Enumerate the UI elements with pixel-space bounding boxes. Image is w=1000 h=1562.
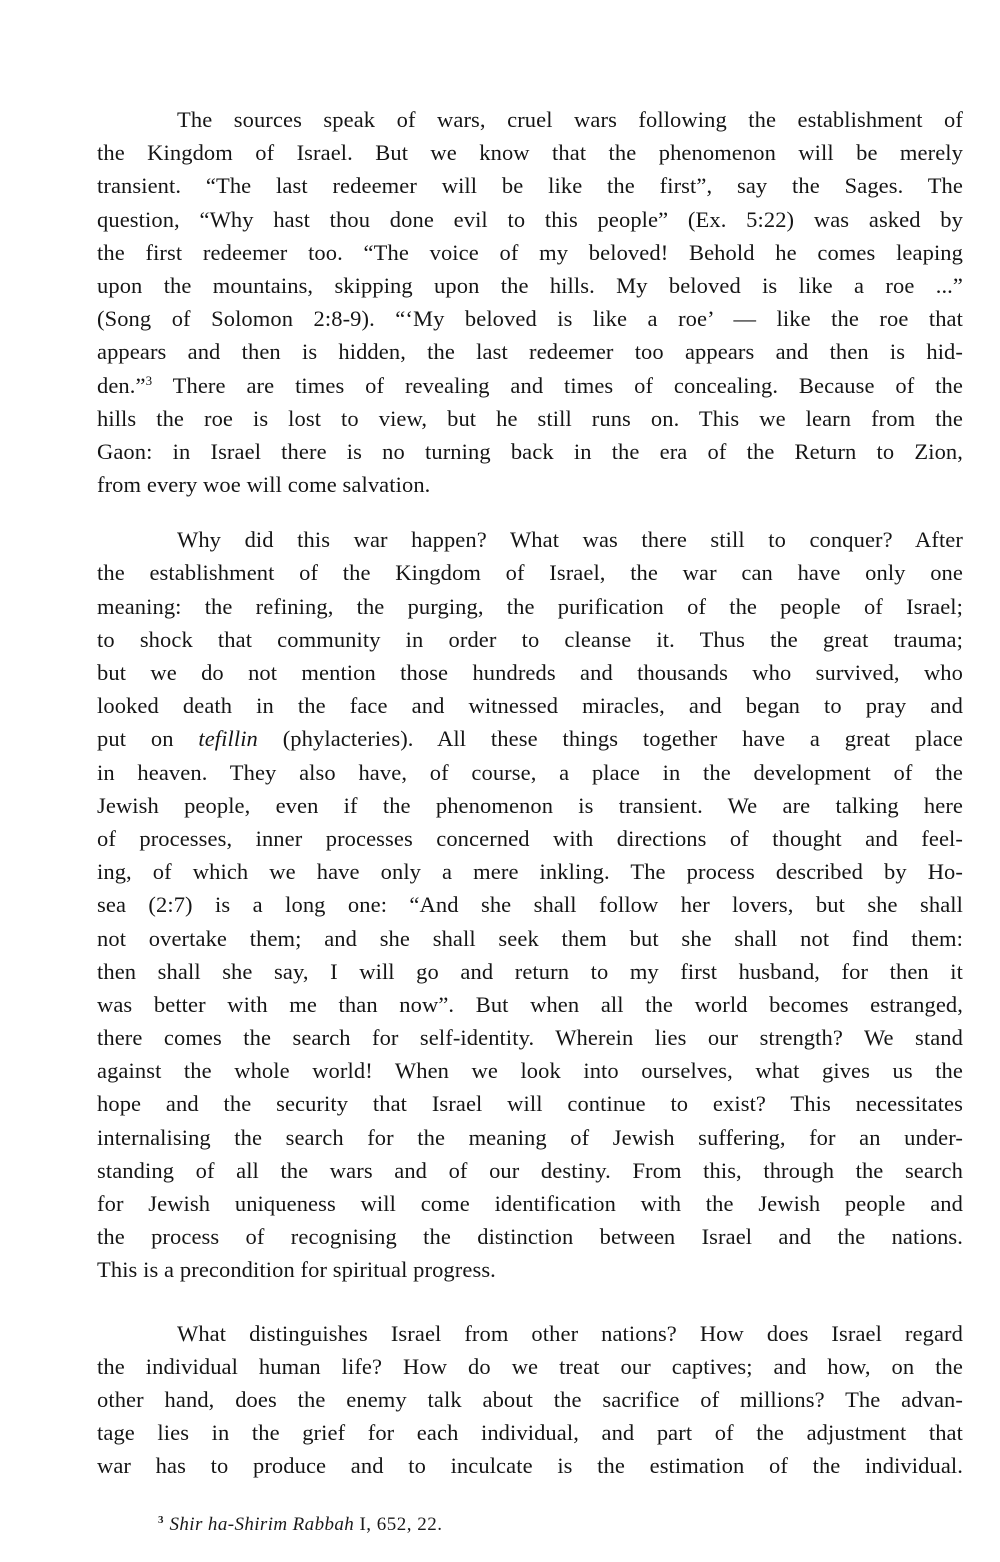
text-line: ing, of which we have only a mere inklin… <box>97 855 963 888</box>
text-line: for Jewish uniqueness will come identifi… <box>97 1187 963 1220</box>
text-line: of processes, inner processes concerned … <box>97 822 963 855</box>
text-line: against the whole world! When we look in… <box>97 1054 963 1087</box>
italic-term: tefillin <box>198 726 258 751</box>
text-line: looked death in the face and witnessed m… <box>97 689 963 722</box>
text-segment: put on <box>97 726 198 751</box>
paragraph-3: What distinguishes Israel from other nat… <box>97 1317 963 1483</box>
text-line-with-italic: put on tefillin (phylacteries). All thes… <box>97 722 963 755</box>
text-line: internalising the search for the meaning… <box>97 1121 963 1154</box>
text-line: Jewish people, even if the phenomenon is… <box>97 789 963 822</box>
text-line: from every woe will come salvation. <box>97 468 963 501</box>
footnote-reference-text: I, 652, 22. <box>354 1514 442 1535</box>
text-line: tage lies in the grief for each individu… <box>97 1416 963 1449</box>
text-line: question, “Why hast thou done evil to th… <box>97 203 963 236</box>
text-line: there comes the search for self-identity… <box>97 1021 963 1054</box>
text-segment: den.” <box>97 373 146 398</box>
document-page: The sources speak of wars, cruel wars fo… <box>97 103 963 1483</box>
text-line: then shall she say, I will go and return… <box>97 955 963 988</box>
text-line: What distinguishes Israel from other nat… <box>97 1317 963 1350</box>
text-line: appears and then is hidden, the last red… <box>97 335 963 368</box>
text-line: war has to produce and to inculcate is t… <box>97 1449 963 1482</box>
text-line: meaning: the refining, the purging, the … <box>97 590 963 623</box>
text-line: the process of recognising the distincti… <box>97 1220 963 1253</box>
text-line: the Kingdom of Israel. But we know that … <box>97 136 963 169</box>
text-line: standing of all the wars and of our dest… <box>97 1154 963 1187</box>
text-line: hills the roe is lost to view, but he st… <box>97 402 963 435</box>
footnote-marker: 3 <box>158 1514 164 1526</box>
paragraph-2: Why did this war happen? What was there … <box>97 523 963 1286</box>
footnote: 3Shir ha-Shirim Rabbah I, 652, 22. <box>158 1514 443 1536</box>
text-line: other hand, does the enemy talk about th… <box>97 1383 963 1416</box>
text-line: in heaven. They also have, of course, a … <box>97 756 963 789</box>
text-segment: (phylacteries). All these things togethe… <box>258 726 963 751</box>
text-line: the establishment of the Kingdom of Isra… <box>97 556 963 589</box>
text-line: the individual human life? How do we tre… <box>97 1350 963 1383</box>
paragraph-1: The sources speak of wars, cruel wars fo… <box>97 103 963 501</box>
text-line: Gaon: in Israel there is no turning back… <box>97 435 963 468</box>
text-line: but we do not mention those hundreds and… <box>97 656 963 689</box>
text-line: This is a precondition for spiritual pro… <box>97 1253 963 1286</box>
paragraph-spacer <box>97 1287 963 1317</box>
paragraph-spacer <box>97 501 963 523</box>
text-line: (Song of Solomon 2:8-9). “‘My beloved is… <box>97 302 963 335</box>
text-line: upon the mountains, skipping upon the hi… <box>97 269 963 302</box>
text-segment: There are times of revealing and times o… <box>152 373 963 398</box>
text-line: transient. “The last redeemer will be li… <box>97 169 963 202</box>
text-line: The sources speak of wars, cruel wars fo… <box>97 103 963 136</box>
text-line: was better with me than now”. But when a… <box>97 988 963 1021</box>
text-line: Why did this war happen? What was there … <box>97 523 963 556</box>
text-line: not overtake them; and she shall seek th… <box>97 922 963 955</box>
footnote-title: Shir ha-Shirim Rabbah <box>170 1514 355 1535</box>
text-line: to shock that community in order to clea… <box>97 623 963 656</box>
text-line: hope and the security that Israel will c… <box>97 1087 963 1120</box>
text-line: sea (2:7) is a long one: “And she shall … <box>97 888 963 921</box>
text-line: the first redeemer too. “The voice of my… <box>97 236 963 269</box>
text-line-with-footnote: den.”3 There are times of revealing and … <box>97 369 963 402</box>
